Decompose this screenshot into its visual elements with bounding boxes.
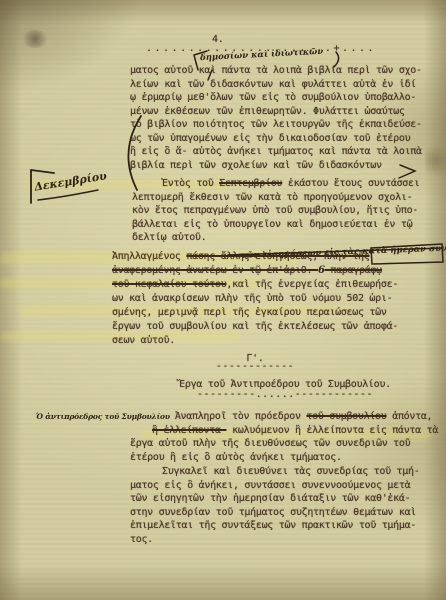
paragraph-4: Ὁ ἀντιπρόεδρος τοῦ ΣυμβουλίουἈναπληροῖ τ… — [0, 410, 438, 464]
handwritten-margin-month: Δεκεμβρίου — [33, 169, 107, 193]
text-line: ἐπιμελεῖται τῆς συντάξεως τῶν πρακτικῶν … — [130, 519, 419, 533]
text-line: σεων αὐτοῦ. — [112, 334, 398, 348]
text-line: μένων ἐκθέσεων τῶν ἐπιθεωρητῶν. Φυλάττει… — [130, 105, 422, 119]
paragraph-5: Συγκαλεῖ καὶ διευθύνει τὰς συνεδρίας τοῦ… — [130, 465, 419, 546]
text-line: βιβλία περὶ τῶν σχολείων καὶ τῶν διδασκό… — [130, 159, 422, 173]
text-line: λεπτομερῆ ἔκθεσιν τῶν κατὰ τὸ προηγούμεν… — [132, 191, 419, 205]
text-line: Ἀπηλλαγμένος πάσης ἄλλης εἰσηγήσεως, πλὴ… — [112, 250, 398, 264]
document-page: 4. ......................+.... δημοσίων … — [0, 0, 446, 600]
struck-text: ἢ ἐλλείποντα- — [152, 425, 226, 436]
text-line: ἑτέρου ἢ εἰς ὃ αὐτὸς ἀνήκει τμήματος. — [0, 451, 438, 465]
section-label-underline: ------------ — [130, 360, 380, 374]
text-line: Συγκαλεῖ καὶ διευθύνει τὰς συνεδρίας τοῦ… — [130, 465, 419, 479]
paragraph-1: ματος αὐτοῦ καὶ πάντα τὰ λοιπὰ βιβλία πε… — [130, 64, 422, 172]
paragraph-3: Ἀπηλλαγμένος πάσης ἄλλης εἰσηγήσεως, πλὴ… — [112, 250, 398, 348]
handwritten-inserted-number: 6 — [318, 265, 325, 276]
text-line: τὸ βιβλίον ποιότητος τῶν λειτουργῶν τῆς … — [130, 118, 422, 132]
stain-spot — [425, 140, 446, 180]
text-line: Ἐντὸς τοῦ Σεπτεμβρίου ἑκάστου ἔτους συντ… — [132, 177, 419, 191]
struck-text: τοῦ κεφαλαίου τούτου — [112, 279, 226, 290]
struck-text: πλὴν τῆς — [318, 251, 370, 262]
text-line: στην συνεδρίαν τοῦ τμήματος συζητητέων θ… — [130, 506, 419, 520]
struck-text: Σεπτεμβρίου — [219, 178, 282, 189]
text-line: ἔργα αὐτοῦ πλὴν τῆς διευθύνσεως τῶν συνε… — [0, 437, 438, 451]
text-line: ων καὶ ἀνακρίσεων πλὴν τῆς ὑπὸ τοῦ νόμου… — [112, 292, 398, 306]
text-line: σμένης, μεριμνᾷ περὶ τῆς ἐγκαίρου περαιώ… — [112, 306, 398, 320]
struck-text: τοῦ συμβουλίου — [306, 411, 386, 422]
paragraph-2: Ἐντὸς τοῦ Σεπτεμβρίου ἑκάστου ἔτους συντ… — [132, 177, 419, 245]
text-line: τῶν εἰσηγητῶν τὴν ἡμερησίαν διάταξιν τῶν… — [130, 492, 419, 506]
text-line: λείων καὶ τῶν διδασκόντων καὶ φυλάττει α… — [130, 78, 422, 92]
stain-spot — [20, 30, 50, 48]
text-line: τος. — [130, 533, 419, 547]
text-line: κὸν ἔτος πεπραγμένων ὑπὸ τοῦ συμβουλίου,… — [132, 204, 419, 218]
text-line: ως τῶν ὑπαγομένων εἰς τὴν δικαιοδοσίαν τ… — [130, 132, 422, 146]
struck-text: παραγράφῳ — [325, 265, 382, 276]
text-line: ἢ ἐλλείποντα- κωλυόμενον ἢ ἐλλείποντα εἰ… — [0, 424, 438, 438]
struck-text: πάσης ἄλλης εἰσηγήσεως, — [186, 251, 318, 262]
text-line: ματος εἰς ὃ ἀνήκει, συντάσσει συνεννοούμ… — [130, 479, 419, 493]
struck-text: ἀναφερομένης ἀνωτέρω ἐν τῷ ἐπ'ἀριθ. — [112, 265, 318, 276]
text-line: Ὁ ἀντιπρόεδρος τοῦ ΣυμβουλίουἈναπληροῖ τ… — [0, 410, 438, 424]
text-line: τοῦ κεφαλαίου τούτου,καὶ τῆς ἐνεργείας ἐ… — [112, 278, 398, 292]
text-line: ἔργων τοῦ συμβουλίου καὶ τῆς ἐκτελέσεως … — [112, 320, 398, 334]
text-line: βάλλεται εἰς τὸ ὑπουργεῖον καὶ δημοσιεύε… — [132, 218, 419, 232]
text-line: ματος αὐτοῦ καὶ πάντα τὰ λοιπὰ βιβλία πε… — [130, 64, 422, 78]
text-line: ῳ ἑρμαρίῳ μεθ'ὅλων τῶν εἰς τὸ συμβούλιον… — [130, 91, 422, 105]
text-line: ἀναφερομένης ἀνωτέρω ἐν τῷ ἐπ'ἀριθ. 6 πα… — [112, 264, 398, 278]
section-heading-underline: ---------......------------ — [130, 388, 440, 402]
handwritten-inline-vice-president: Ὁ ἀντιπρόεδρος τοῦ Συμβουλίου — [36, 412, 170, 421]
text-line: ἢ εἰς ὃ ἅ- αὐτὸς ἀνήκει τμήματος καὶ πάν… — [130, 145, 422, 159]
